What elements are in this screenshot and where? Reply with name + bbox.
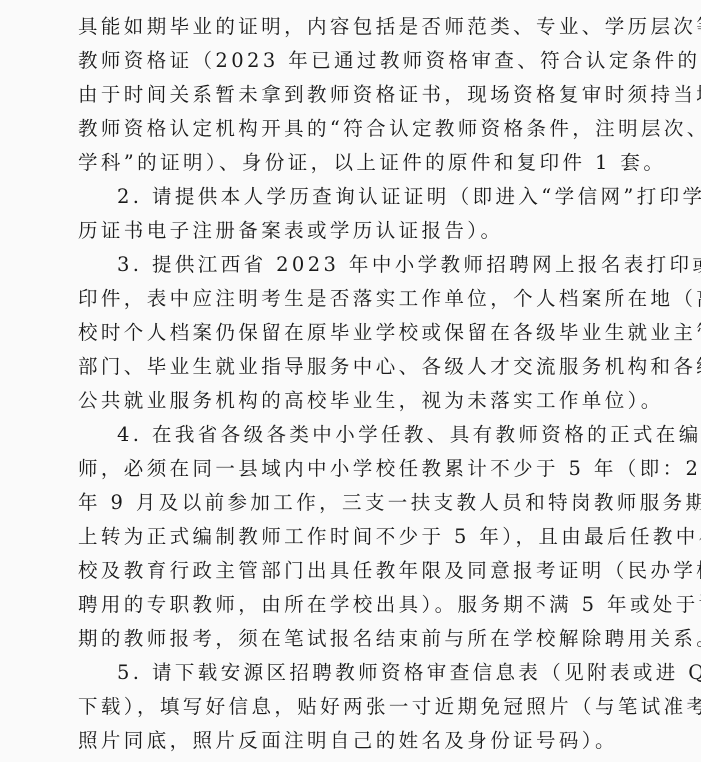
text-line: 年 9 月及以前参加工作，三支一扶支教人员和特岗教师服务期加	[78, 486, 618, 520]
text-line: 教师资格认定机构开具的“符合认定教师资格条件，注明层次、	[78, 112, 618, 146]
text-line: 下载），填写好信息，贴好两张一寸近期免冠照片（与笔试准考证	[78, 690, 618, 724]
item-3-first-line: 3. 提供江西省 2023 年中小学教师招聘网上报名表打印或复	[78, 248, 618, 282]
text-line: 具能如期毕业的证明，内容包括是否师范类、专业、学历层次等）、	[78, 10, 618, 44]
text-line: 部门、毕业生就业指导服务中心、各级人才交流服务机构和各级	[78, 350, 618, 384]
text-line: 校及教育行政主管部门出具任教年限及同意报考证明（民办学校	[78, 554, 618, 588]
text-line: 公共就业服务机构的高校毕业生，视为未落实工作单位）。	[78, 384, 618, 418]
text-line: 聘用的专职教师，由所在学校出具）。服务期不满 5 年或处于试用	[78, 588, 618, 622]
document-body: 具能如期毕业的证明，内容包括是否师范类、专业、学历层次等）、 教师资格证（202…	[78, 10, 618, 758]
text-line: 由于时间关系暂未拿到教师资格证书，现场资格复审时须持当地	[78, 78, 618, 112]
item-5-first-line: 5. 请下载安源区招聘教师资格审查信息表（见附表或进 QQ 群	[78, 656, 618, 690]
text-line: 上转为正式编制教师工作时间不少于 5 年），且由最后任教中小学	[78, 520, 618, 554]
text-line: 期的教师报考，须在笔试报名结束前与所在学校解除聘用关系。	[78, 622, 618, 656]
text-line: 教师资格证（2023 年已通过教师资格审查、符合认定条件的人员，	[78, 44, 618, 78]
text-line: 校时个人档案仍保留在原毕业学校或保留在各级毕业生就业主管	[78, 316, 618, 350]
item-2-first-line: 2. 请提供本人学历查询认证证明（即进入“学信网”打印学	[78, 180, 618, 214]
text-line: 照片同底，照片反面注明自己的姓名及身份证号码）。	[78, 724, 618, 758]
text-line: 印件，表中应注明考生是否落实工作单位，个人档案所在地（离	[78, 282, 618, 316]
item-4-first-line: 4. 在我省各级各类中小学任教、具有教师资格的正式在编教	[78, 418, 618, 452]
text-line: 师，必须在同一县域内中小学校任教累计不少于 5 年（即：2018	[78, 452, 618, 486]
text-line: 历证书电子注册备案表或学历认证报告）。	[78, 214, 618, 248]
text-line: 学科”的证明）、身份证，以上证件的原件和复印件 1 套。	[78, 146, 618, 180]
